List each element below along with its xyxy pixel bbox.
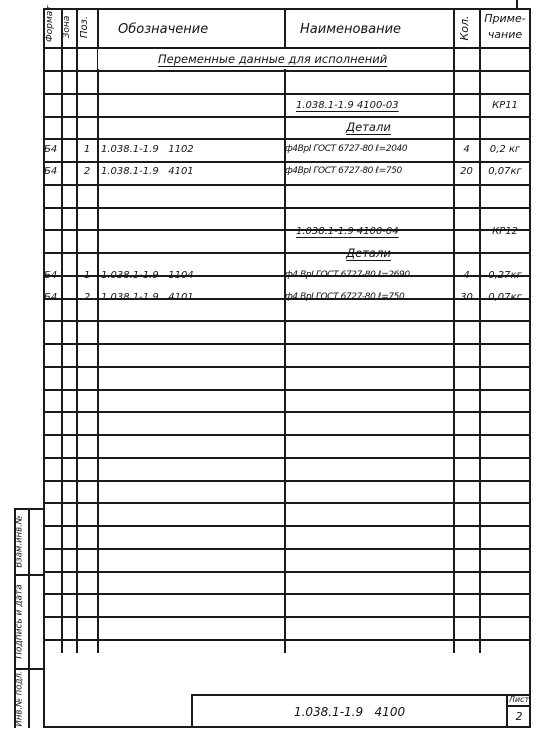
group-1-subtitle: Детали	[284, 116, 453, 138]
col-line-designation	[97, 8, 99, 653]
row-note: 0,27кг	[481, 264, 529, 286]
row-note: 0,07кг	[481, 160, 529, 182]
row-designation: 1.038.1-1.9 4101	[101, 286, 194, 308]
sheet-label: Лист	[507, 694, 531, 705]
row-line	[43, 93, 531, 95]
stamp-inv-orig: Инв.№ подл.	[15, 669, 28, 729]
row-qty: 20	[454, 160, 479, 182]
row-line	[43, 411, 531, 413]
col-line-qty	[453, 8, 455, 653]
row-line	[43, 229, 531, 231]
stamp-sign-date: Подпись и дата	[15, 575, 28, 669]
frame-tick	[516, 0, 518, 9]
row-name: ф4ВрI ГОСТ 6727-80 ℓ=750	[285, 160, 453, 182]
row-line	[43, 434, 531, 436]
header-zone: Зона	[62, 13, 76, 41]
header-name: Наименование	[300, 16, 401, 42]
row-pos: 1	[77, 264, 97, 286]
row-qty: 4	[454, 138, 479, 160]
header-pos: Поз.	[79, 13, 93, 41]
document-number: 1.038.1-1.9 4100	[193, 696, 506, 728]
row-line	[43, 593, 531, 595]
stamp-replaced-inv: Взам.инв.№	[15, 509, 28, 575]
header-format: Формат	[45, 12, 59, 42]
group-1-note: КР11	[481, 94, 529, 116]
row-line	[43, 207, 531, 209]
col-line-zone	[61, 8, 63, 653]
row-format: Б4	[44, 264, 61, 286]
sheet-number: 2	[507, 706, 531, 726]
group-2-designation: 1.038.1-1.9 4100-04	[296, 220, 399, 242]
header-note-line1: Приме-	[481, 10, 529, 26]
group-2-subtitle: Детали	[284, 242, 453, 264]
col-line-pos	[76, 8, 78, 653]
section-title: Переменные данные для исполнений	[158, 48, 387, 70]
row-name: ф4 ВрI ГОСТ 6727-80 ℓ=750	[285, 286, 453, 308]
row-line	[43, 70, 531, 72]
row-line	[43, 320, 531, 322]
row-designation: 1.038.1-1.9 1104	[101, 264, 194, 286]
row-name: ф4 ВрI ГОСТ 6727-80 ℓ=2690	[285, 264, 453, 286]
row-line	[43, 616, 531, 618]
row-line	[43, 525, 531, 527]
row-line	[43, 343, 531, 345]
row-line	[43, 457, 531, 459]
row-designation: 1.038.1-1.9 1102	[101, 138, 194, 160]
row-line	[43, 366, 531, 368]
row-format: Б4	[44, 160, 61, 182]
row-pos: 2	[77, 160, 97, 182]
row-name: ф4ВрI ГОСТ 6727-80 ℓ=2040	[285, 138, 453, 160]
row-format: Б4	[44, 286, 61, 308]
row-line	[43, 184, 531, 186]
row-format: Б4	[44, 138, 61, 160]
row-pos: 1	[77, 138, 97, 160]
stamp-line-mid	[28, 508, 30, 728]
row-qty: 30	[454, 286, 479, 308]
header-qty: Кол.	[458, 13, 474, 43]
row-note: 0,07кг	[481, 286, 529, 308]
row-line	[43, 571, 531, 573]
row-designation: 1.038.1-1.9 4101	[101, 160, 194, 182]
row-note: 0,2 кг	[481, 138, 529, 160]
row-qty: 4	[454, 264, 479, 286]
col-line-name	[284, 8, 286, 653]
row-line	[43, 480, 531, 482]
row-pos: 2	[77, 286, 97, 308]
row-line	[43, 639, 531, 641]
row-line	[43, 502, 531, 504]
row-line	[43, 548, 531, 550]
header-designation: Обозначение	[118, 16, 208, 42]
group-1-designation: 1.038.1-1.9 4100-03	[296, 94, 399, 116]
header-note-line2: чание	[481, 26, 529, 42]
row-line	[43, 389, 531, 391]
group-2-note: КР12	[481, 220, 529, 242]
